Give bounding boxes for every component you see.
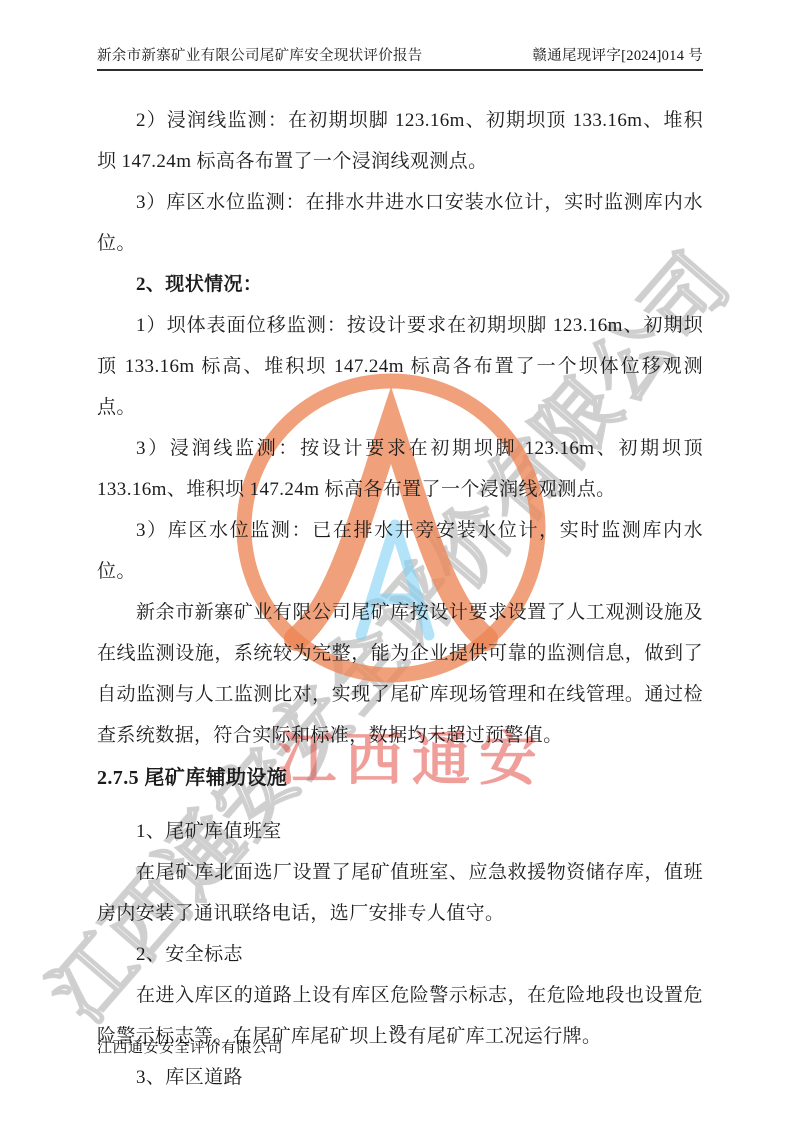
paragraph: 新余市新寨矿业有限公司尾矿库按设计要求设置了人工观测设施及在线监测设施，系统较为… <box>97 592 703 756</box>
section-heading: 2.7.5 尾矿库辅助设施 <box>97 758 703 799</box>
inline-heading: 2、现状情况： <box>97 264 703 305</box>
header-doc-number: 赣通尾现评字[2024]014 号 <box>532 44 703 65</box>
paragraph: 3）浸润线监测：按设计要求在初期坝脚 123.16m、初期坝顶 133.16m、… <box>97 428 703 510</box>
footer-company: 江西通安安全评价有限公司 <box>97 1036 283 1057</box>
paragraph: 3）库区水位监测：在排水井进水口安装水位计，实时监测库内水位。 <box>97 182 703 264</box>
paragraph: 1）坝体表面位移监测：按设计要求在初期坝脚 123.16m、初期坝顶 133.1… <box>97 305 703 428</box>
paragraph: 在尾矿库北面选厂设置了尾矿值班室、应急救援物资储存库，值班房内安装了通讯联络电话… <box>97 852 703 934</box>
document-page: 江西通安安全评价有限公司 江西通安 新余市新寨矿业有限公司尾矿库安全现状评价报告… <box>0 0 793 1122</box>
paragraph: 1、尾矿库值班室 <box>97 811 703 852</box>
paragraph: 2、安全标志 <box>97 934 703 975</box>
header-divider <box>97 69 703 71</box>
header-report-title: 新余市新寨矿业有限公司尾矿库安全现状评价报告 <box>97 44 423 65</box>
page-header: 新余市新寨矿业有限公司尾矿库安全现状评价报告 赣通尾现评字[2024]014 号 <box>97 44 703 65</box>
document-body: 2）浸润线监测：在初期坝脚 123.16m、初期坝顶 133.16m、堆积坝 1… <box>97 100 703 1098</box>
paragraph: 3）库区水位监测：已在排水井旁安装水位计，实时监测库内水位。 <box>97 510 703 592</box>
paragraph: 3、库区道路 <box>97 1057 703 1098</box>
paragraph: 2）浸润线监测：在初期坝脚 123.16m、初期坝顶 133.16m、堆积坝 1… <box>97 100 703 182</box>
